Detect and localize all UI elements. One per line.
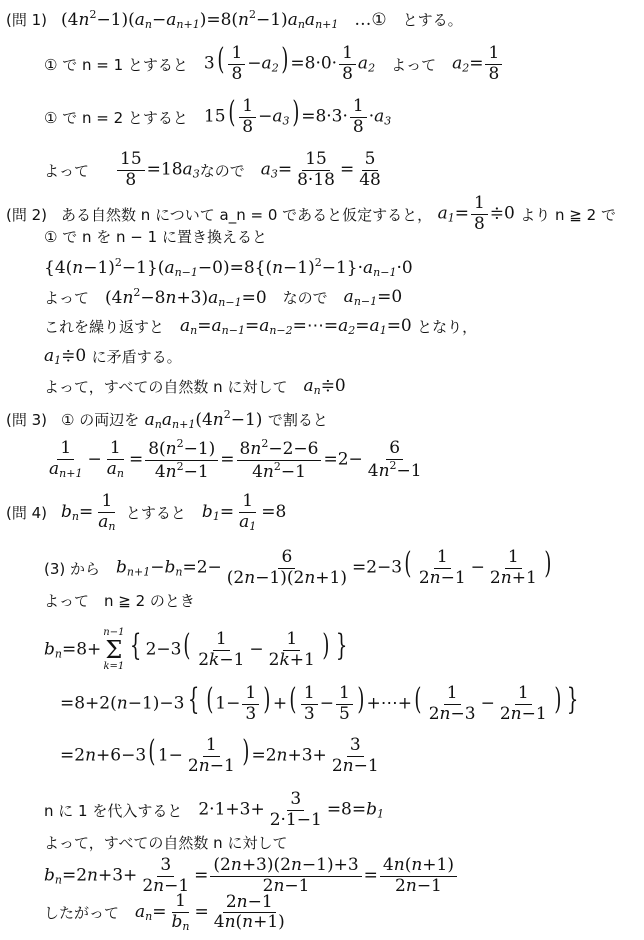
q4-bn-general: bn=2n+3+32n−1=(2n+3)(2n−1)+32n−1=4n(n+1)… xyxy=(44,856,459,896)
q2-a1-nonzero: a1≑0 xyxy=(44,346,92,367)
q4-line3: よって n ≧ 2 のとき xyxy=(44,590,195,611)
q4-line2: (3) から bn+1−bn=2−6(2n−1)(2n+1)=2−3(12n−1… xyxy=(44,548,553,588)
q4-sum-equation: bn=8+n−1Σk=1{2−3(12k−1−12k+1)} xyxy=(44,628,351,672)
q2-line3: {4(n−1)2−1}(an−1−0)=8{(n−1)2−1}·an−1·0 xyxy=(44,256,413,279)
q4-an-result: an=1bn=2n−14n(n+1) xyxy=(135,892,290,933)
q3-reciprocal-equation: 1an+1−1an=8(n2−1)4n2−1=8n2−2−64n2−1=2−64… xyxy=(44,438,427,482)
q1-label: (問 1) xyxy=(6,9,47,30)
q2-yotte-text: よって xyxy=(44,287,89,308)
q1-n2-equation: 15(18−a3)=8·3·18·a3 xyxy=(204,97,391,137)
q2-substituted-equation: {4(n−1)2−1}(an−1−0)=8{(n−1)2−1}·an−1·0 xyxy=(44,256,413,279)
q1-n1-equation: 3(18−a2)=8·0·18a2 xyxy=(204,44,375,84)
q4-line4: bn=8+n−1Σk=1{2−3(12k−1−12k+1)} xyxy=(44,628,351,672)
q1-n2-text: ① で n = 2 とすると xyxy=(44,107,188,128)
q1-recurrence-equation: (4n2−1)(an−an+1)=8(n2−1)anan+1 xyxy=(61,8,338,31)
q1-therefore-text: よって xyxy=(391,54,436,75)
q4-line9: bn=2n+3+32n−1=(2n+3)(2n−1)+32n−1=4n(n+1)… xyxy=(44,856,459,896)
q3-line2: 1an+1−1an=8(n2−1)4n2−1=8n2−2−64n2−1=2−64… xyxy=(44,438,427,482)
q4-therefore-text: したがって xyxy=(44,902,119,923)
q1-a3-result: a3=158·18=548 xyxy=(261,150,386,190)
q1-line1: (問 1) (4n2−1)(an−an+1)=8(n2−1)anan+1 …① … xyxy=(6,8,463,31)
q2-a1-value: a1=18≑0 xyxy=(432,194,520,234)
q4-from3-text: (3) から xyxy=(44,558,100,579)
q4-bn-definition: bn=1an xyxy=(61,492,126,533)
q2-n-condition-text: より n ≧ 2 で xyxy=(520,204,616,225)
q4-line8: よって，すべての自然数 n に対して xyxy=(44,832,287,853)
q4-line7: n に 1 を代入すると 2·1+3+32·1−1=8=b1 xyxy=(44,790,384,830)
q2-an-1-zero: an−1=0 xyxy=(344,287,403,308)
q4-line1: (問 4) bn=1an とすると b1=1a1=8 xyxy=(6,492,286,533)
q4-check-equation: 2·1+3+32·1−1=8=b1 xyxy=(198,790,384,830)
q4-n-ge-2-text: よって n ≧ 2 のとき xyxy=(44,590,195,611)
q4-line10: したがって an=1bn=2n−14n(n+1) xyxy=(44,892,290,933)
q1-line3: ① で n = 2 とすると 15(18−a3)=8·3·18·a3 xyxy=(44,97,391,137)
q3-line1: (問 3) ① の両辺を anan+1(4n2−1) で割ると xyxy=(6,408,328,431)
q3-waruto-text: で割ると xyxy=(268,409,328,430)
q2-line5: これを繰り返すと an=an−1=an−2=⋯=a2=a1=0 となり， xyxy=(44,316,477,337)
q1-yotte-text: よって xyxy=(44,160,89,181)
q1-line2: ① で n = 1 とすると 3(18−a2)=8·0·18a2 よって a2=… xyxy=(44,44,504,84)
q1-n1-text: ① で n = 1 とすると xyxy=(44,54,188,75)
q3-divisor: anan+1(4n2−1) xyxy=(139,408,268,431)
q4-label: (問 4) xyxy=(6,502,47,523)
q4-b1-value: b1=1a1=8 xyxy=(202,492,286,533)
q2-nanode-text: なので xyxy=(283,287,328,308)
q2-substitute-text: ① で n を n − 1 に置き換えると xyxy=(44,226,267,247)
q2-line2: ① で n を n − 1 に置き換えると xyxy=(44,226,267,247)
q1-tail-text: とする。 xyxy=(403,9,463,30)
q1-nanode-text: なので xyxy=(200,160,245,181)
q1-a3-equation: 158=18a3 xyxy=(115,150,200,190)
q2-simplified-equation: (4n2−8n+3)an−1=0 xyxy=(105,286,267,309)
q2-label: (問 2) xyxy=(6,204,47,225)
q4-tosuruto-text: とすると xyxy=(126,502,186,523)
q2-assumption-text: ある自然数 n について a_n = 0 であると仮定すると， xyxy=(61,204,432,225)
q1-a2-result: a2=18 xyxy=(452,44,504,84)
q2-conclusion-text: よって，すべての自然数 n に対して xyxy=(44,376,287,397)
equation-marker: …① xyxy=(354,10,386,30)
q2-line6: a1≑0 に矛盾する。 xyxy=(44,346,182,367)
q1-line4: よって 158=18a3 なので a3=158·18=548 xyxy=(44,150,386,190)
q4-telescoping-equation: =8+2(n−1)−3{(1−13)+(13−15)+⋯+(12n−3−12n−… xyxy=(60,684,582,724)
q4-line5: =8+2(n−1)−3{(1−13)+(13−15)+⋯+(12n−3−12n−… xyxy=(60,684,582,724)
q4-substitute-text: n に 1 を代入すると xyxy=(44,800,182,821)
q2-chain-equation: an=an−1=an−2=⋯=a2=a1=0 xyxy=(180,316,417,337)
q4-line6: =2n+6−3(1−12n−1)=2n+3+32n−1 xyxy=(60,736,384,776)
q2-line4: よって (4n2−8n+3)an−1=0 なので an−1=0 xyxy=(44,286,402,309)
q4-difference-equation: bn+1−bn=2−6(2n−1)(2n+1)=2−3(12n−1−12n+1) xyxy=(116,548,553,588)
q3-divide-text: ① の両辺を xyxy=(61,409,139,430)
q2-tonari-text: となり， xyxy=(417,316,477,337)
q3-label: (問 3) xyxy=(6,409,47,430)
q2-contradiction-text: に矛盾する。 xyxy=(92,346,182,367)
q4-all-n-text: よって，すべての自然数 n に対して xyxy=(44,832,287,853)
q2-an-nonzero: an≑0 xyxy=(303,376,345,397)
q2-repeat-text: これを繰り返すと xyxy=(44,316,164,337)
q2-line7: よって，すべての自然数 n に対して an≑0 xyxy=(44,376,346,397)
q4-simplified-bn: =2n+6−3(1−12n−1)=2n+3+32n−1 xyxy=(60,736,384,776)
